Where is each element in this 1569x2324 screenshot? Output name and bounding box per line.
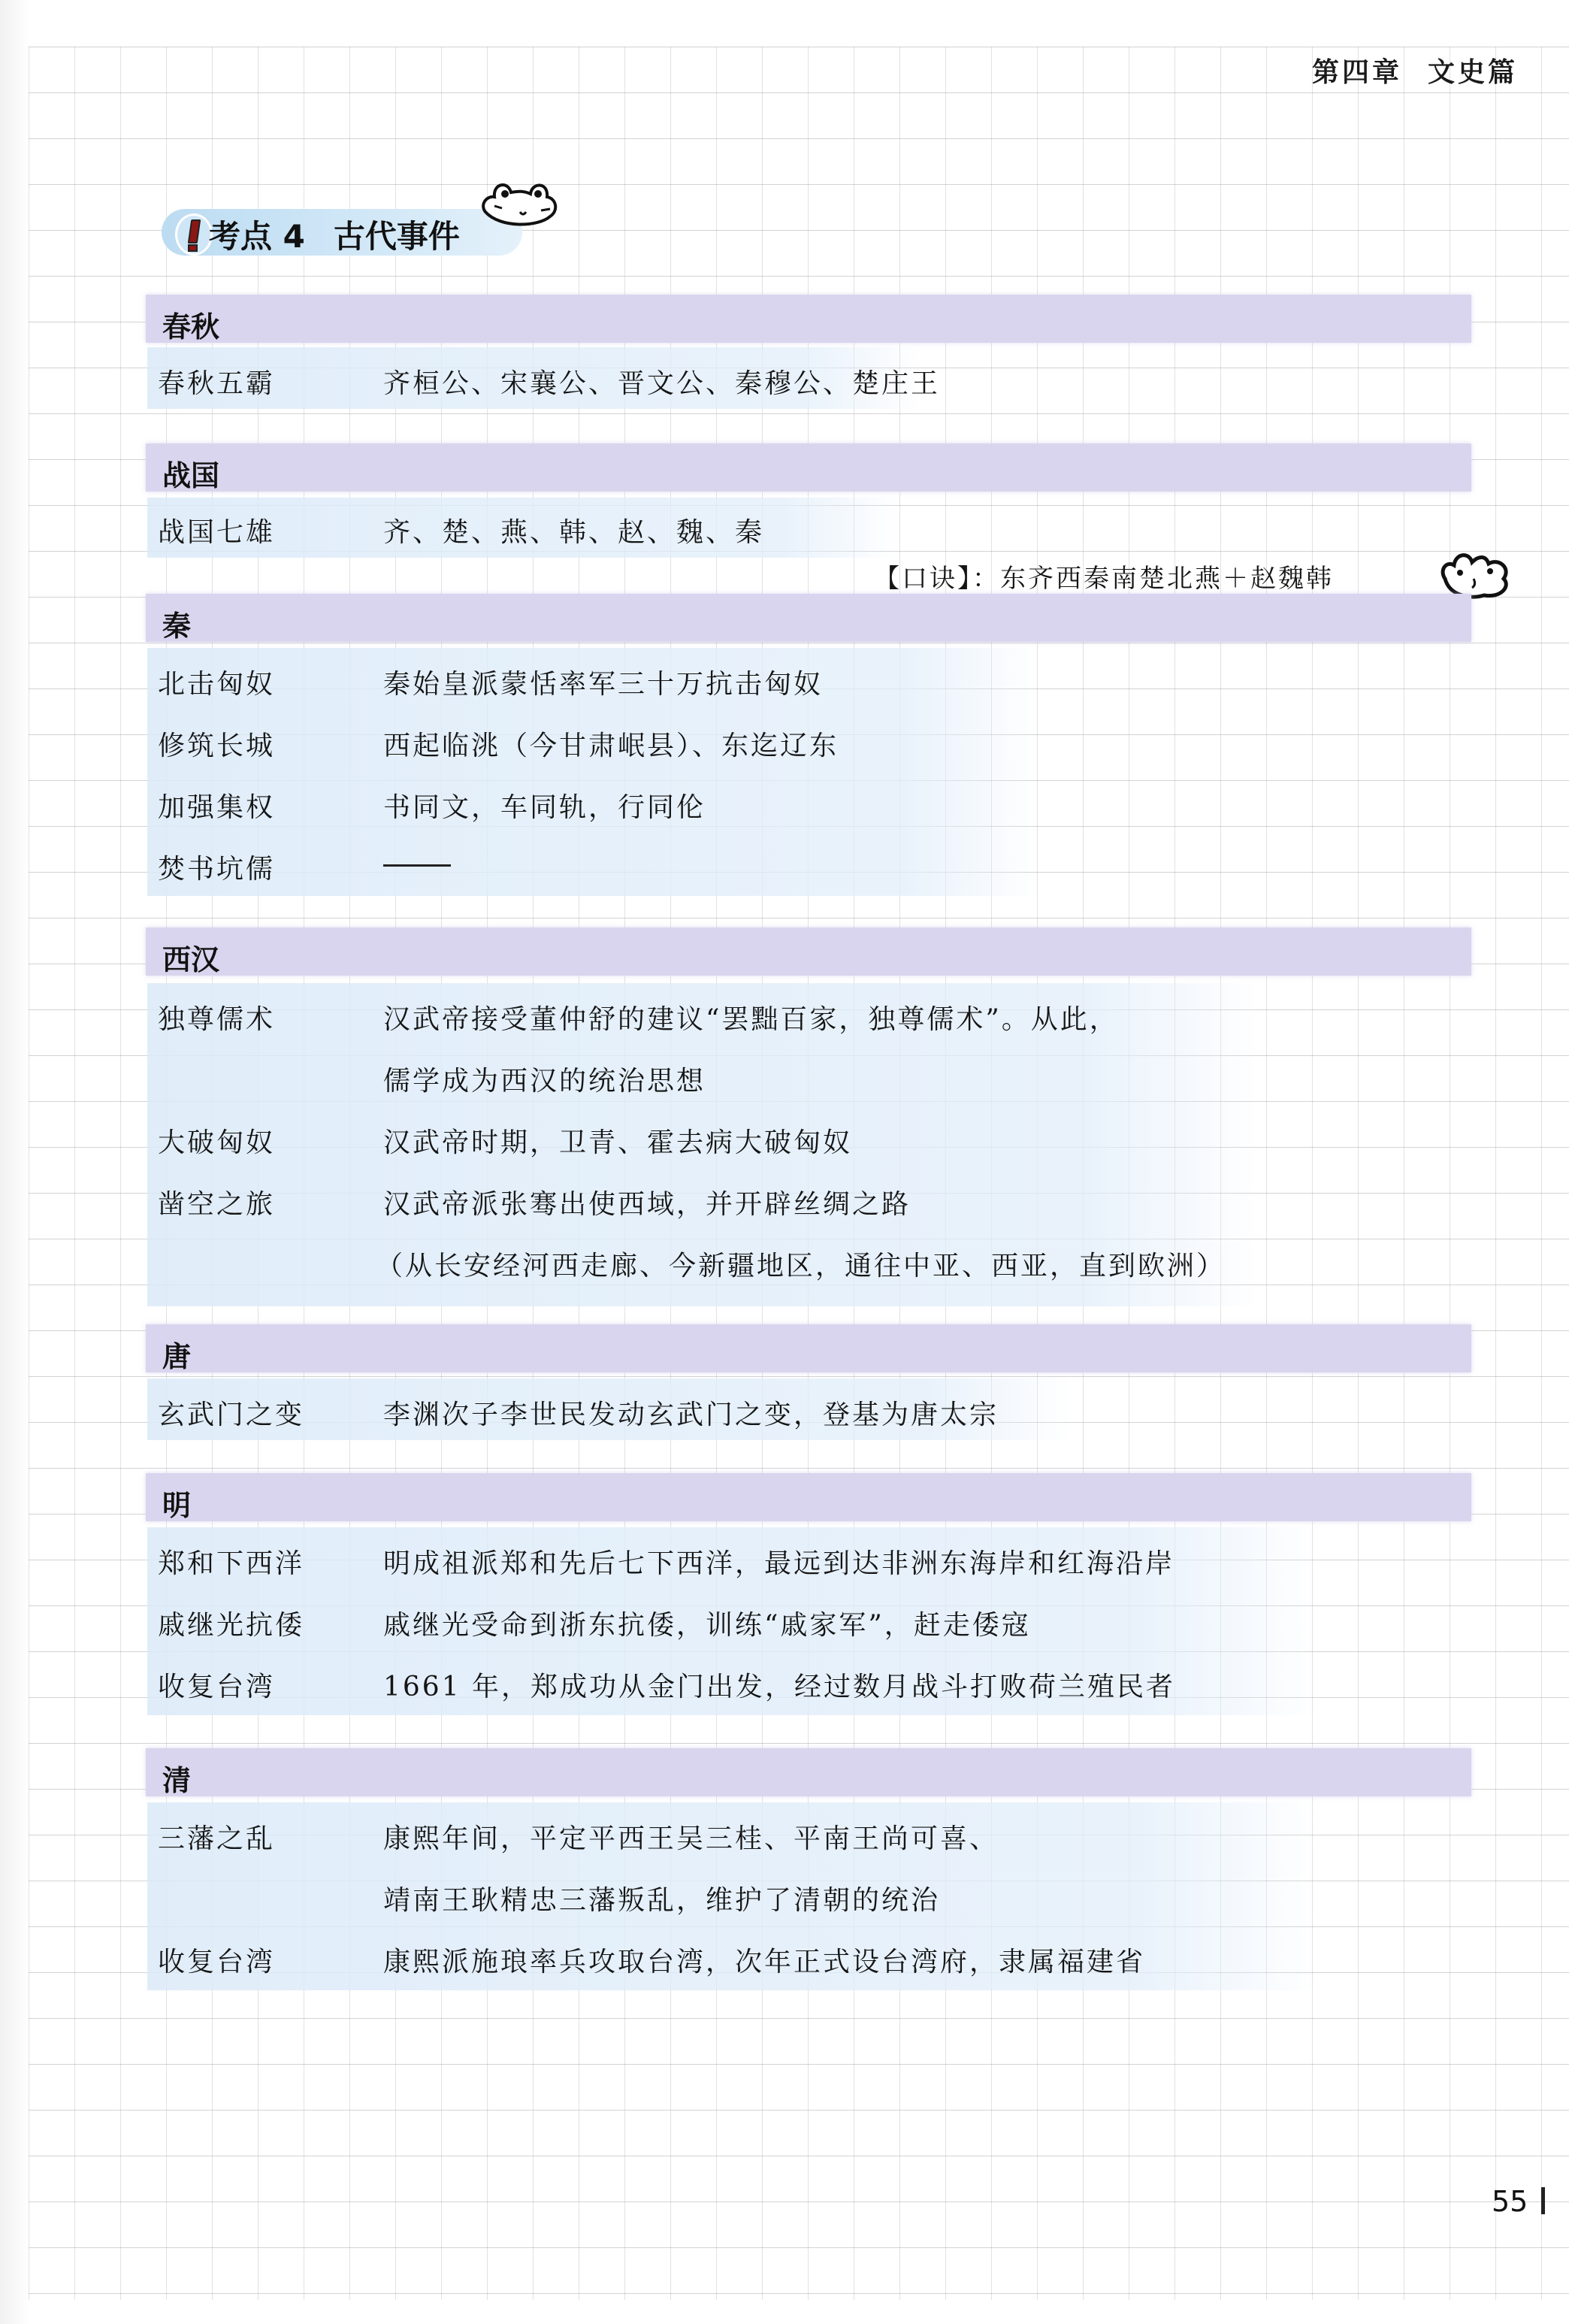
- event-desc: （从长安经河西走廊、今新疆地区，通往中亚、西亚，直到欧洲）: [376, 1245, 1226, 1283]
- event-desc: 汉武帝接受董仲舒的建议“罢黜百家，独尊儒术”。从此，: [383, 998, 1119, 1036]
- event-term: 焚书坑儒: [158, 848, 275, 886]
- event-term: 北击匈奴: [158, 663, 275, 701]
- event-term: 大破匈奴: [158, 1121, 275, 1160]
- event-desc: 康熙派施琅率兵攻取台湾，次年正式设台湾府，隶属福建省: [383, 1941, 1145, 1979]
- page-number-text: 55: [1492, 2185, 1528, 2218]
- period-name: 清: [162, 1757, 191, 1799]
- chapter-number: 第四章: [1312, 56, 1402, 88]
- event-desc: 1661 年，郑成功从金门出发，经过数月战斗打败荷兰殖民者: [383, 1666, 1175, 1704]
- event-term: 加强集权: [158, 786, 275, 825]
- event-term: 玄武门之变: [158, 1393, 304, 1432]
- period-name: 西汉: [162, 937, 219, 978]
- period-name: 春秋: [162, 304, 219, 345]
- event-desc: 儒学成为西汉的统治思想: [383, 1060, 706, 1098]
- event-desc: 西起临洮（今甘肃岷县）、东迄辽东: [383, 725, 839, 763]
- period-name: 明: [162, 1482, 191, 1524]
- event-desc: 齐、楚、燕、韩、赵、魏、秦: [383, 511, 764, 549]
- event-desc: 汉武帝时期，卫青、霍去病大破匈奴: [383, 1121, 852, 1160]
- event-desc: 齐桓公、宋襄公、晋文公、秦穆公、楚庄王: [383, 362, 940, 401]
- event-term: 戚继光抗倭: [158, 1604, 304, 1642]
- period-name: 战国: [162, 452, 219, 494]
- event-desc: 康熙年间，平定平西王吴三桂、平南王尚可喜、: [383, 1817, 999, 1856]
- event-desc: 汉武帝派张骞出使西域，并开辟丝绸之路: [383, 1183, 911, 1221]
- event-term: 收复台湾: [158, 1666, 275, 1704]
- frog-doodle-icon: [478, 174, 561, 235]
- event-desc: 秦始皇派蒙恬率军三十万抗击匈奴: [383, 663, 823, 701]
- page-number: 55: [1492, 2185, 1545, 2218]
- event-term: 独尊儒术: [158, 998, 275, 1036]
- event-term: 春秋五霸: [158, 362, 275, 401]
- period-band-qin: 秦: [146, 594, 1471, 642]
- event-term: 三藩之乱: [158, 1817, 275, 1856]
- event-term: 战国七雄: [158, 511, 275, 549]
- page-marker-bar: [1541, 2187, 1545, 2214]
- em-dash: [383, 864, 451, 867]
- event-desc: 靖南王耿精忠三藩叛乱，维护了清朝的统治: [383, 1879, 940, 1917]
- period-name: 唐: [162, 1333, 191, 1375]
- exclamation-icon: [175, 213, 213, 256]
- event-term: 收复台湾: [158, 1941, 275, 1979]
- period-band-qing: 清: [146, 1748, 1471, 1796]
- chapter-section: 文史篇: [1428, 56, 1518, 88]
- period-band-tang: 唐: [146, 1324, 1471, 1372]
- topic-title: 考点 4古代事件: [209, 212, 460, 257]
- event-term: 郑和下西洋: [158, 1542, 304, 1581]
- event-desc-dash: [383, 848, 451, 879]
- period-band-ming: 明: [146, 1473, 1471, 1521]
- event-term: 修筑长城: [158, 725, 275, 763]
- event-term: 凿空之旅: [158, 1183, 275, 1221]
- mnemonic-note: 【口诀】：东齐西秦南楚北燕＋赵魏韩: [874, 558, 1334, 595]
- period-band-chunqiu: 春秋: [146, 295, 1471, 343]
- topic-name: 古代事件: [334, 218, 460, 255]
- chapter-header: 第四章文史篇: [1312, 51, 1518, 89]
- page-gutter-shadow: [0, 0, 30, 2324]
- event-desc: 李渊次子李世民发动玄武门之变，登基为唐太宗: [383, 1393, 999, 1432]
- period-band-zhanguo: 战国: [146, 443, 1471, 492]
- period-band-xihan: 西汉: [146, 927, 1471, 976]
- event-desc: 戚继光受命到浙东抗倭，训练“戚家军”，赶走倭寇: [383, 1604, 1031, 1642]
- period-name: 秦: [162, 603, 191, 644]
- topic-label: 考点 4: [209, 218, 305, 255]
- event-desc: 书同文，车同轨，行同伦: [383, 786, 706, 825]
- event-desc: 明成祖派郑和先后七下西洋，最远到达非洲东海岸和红海沿岸: [383, 1542, 1174, 1581]
